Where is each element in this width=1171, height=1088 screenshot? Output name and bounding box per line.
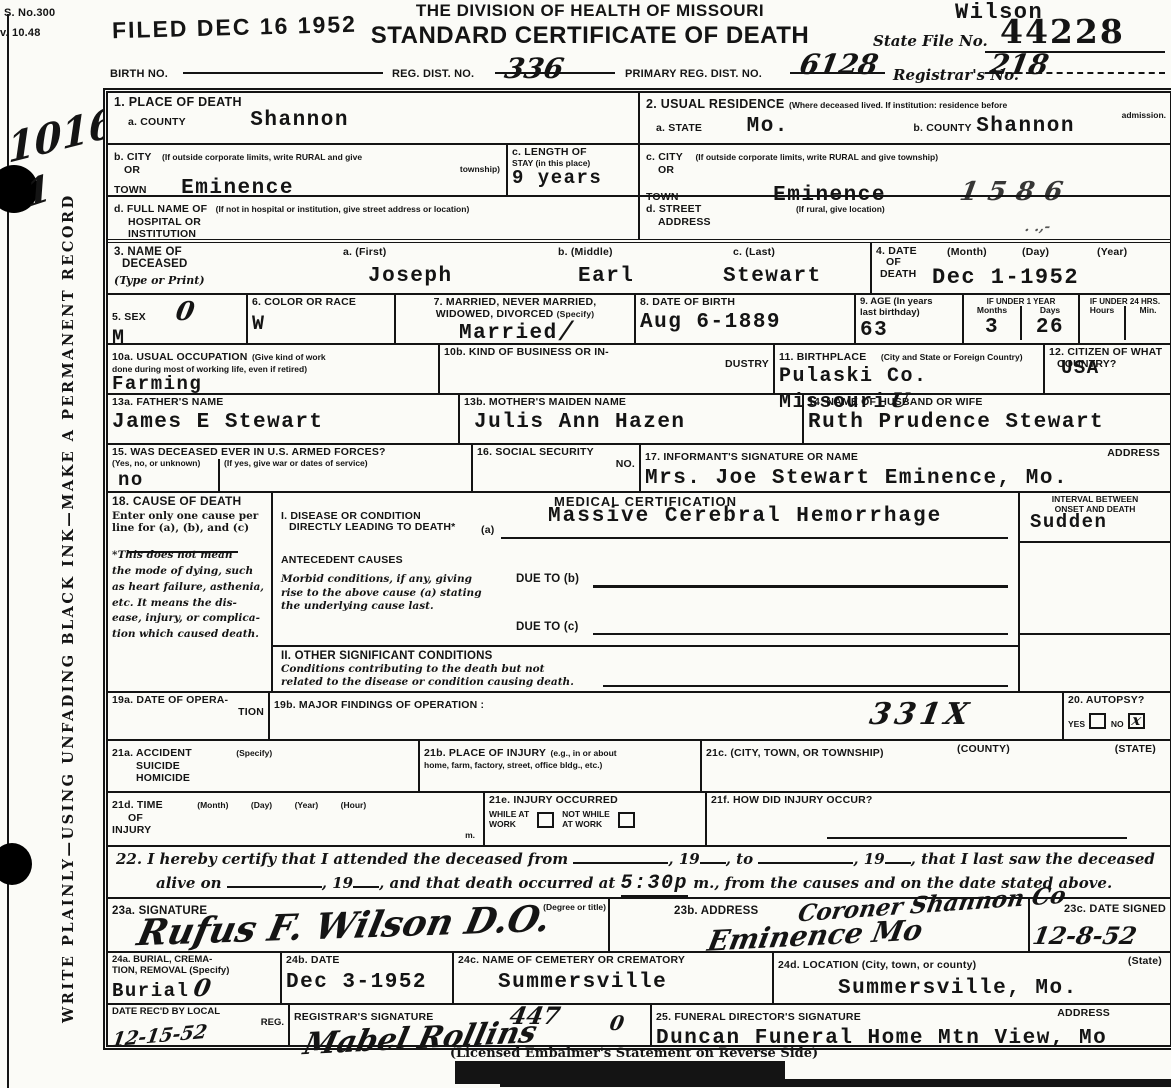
occupation-note: (Give kind of work [252,352,326,362]
county-value: Shannon [250,109,349,132]
time-injury-month: (Month) [197,800,228,810]
embalmer-note: (Licensed Embalmer's Statement on Revers… [103,1046,1165,1061]
informant-value: Mrs. Joe Stewart Eminence, Mo. [645,467,1166,490]
row-registrar: DATE REC'D BY LOCAL REG. 12-15-52 REGIST… [108,1003,1170,1045]
cause-note2b: the mode of dying, such [112,564,267,580]
cause-divider [128,551,238,553]
certify-blank2 [700,850,726,864]
father-label: 13a. FATHER'S NAME [112,397,454,409]
date-death-label3: DEATH [880,269,916,281]
dob-label: 8. DATE OF BIRTH [640,297,850,309]
disease-label2: DIRECTLY LEADING TO DEATH* [289,522,455,534]
accident-label2: SUICIDE [136,761,414,773]
form-code-2: v. 10.48 [0,27,41,39]
date-death-year-label: (Year) [1097,247,1127,259]
sex-handwritten-mark: 0 [174,297,197,327]
mother-label: 13b. MOTHER'S MAIDEN NAME [464,397,798,409]
sex-label: 5. SEX [112,311,146,323]
reg-dist-blank [495,60,615,74]
time-injury-hour: (Hour) [341,800,367,810]
certify-part4: , and that death occurred at [379,874,615,892]
usual-residence-note: (Where deceased lived. If institution: r… [789,100,1007,110]
age-value: 63 [860,319,958,342]
last-name-label: c. (Last) [733,247,775,259]
date-death-value: Dec 1-1952 [932,265,1079,290]
certificate-form: 1. PLACE OF DEATH a. COUNTY Shannon b. C… [103,88,1171,1050]
injury-occurred-label: 21e. INJURY OCCURRED [489,795,701,807]
not-while-label1: NOT WHILE [562,809,610,819]
certify-blank3 [758,850,853,864]
row-signature: 23a. SIGNATURE (Degree or title) 23b. AD… [108,897,1170,951]
funeral-address-label: ADDRESS [1057,1008,1110,1020]
how-injury-line [827,837,1127,839]
autopsy-yes-label: YES [1068,719,1085,729]
county-label: a. COUNTY [128,116,186,128]
residence-city-or: OR [658,165,1164,177]
time-injury-year: (Year) [295,800,319,810]
armed-forces-note2: (If yes, give war or dates of service) [220,459,471,469]
death-time-value: 5:30p [621,872,689,895]
section-usual-residence: 2. USUAL RESIDENCE (Where deceased lived… [638,93,1170,239]
name-deceased-label1: 3. NAME OF [114,246,182,259]
first-name-label: a. (First) [343,247,386,259]
margin-instruction-vertical: WRITE PLAINLY—USING UNFADING BLACK INK—M… [60,118,77,1023]
days-label: Days [1022,306,1078,316]
row-operation-autopsy: 19a. DATE OF OPERA- TION 19b. MAJOR FIND… [108,691,1170,739]
state-file-number-stamp: 44228 [1000,12,1125,51]
interval-line1 [1020,541,1170,543]
cemetery-label: 24c. NAME OF CEMETERY OR CREMATORY [458,955,768,967]
medical-certification-column: MEDICAL CERTIFICATION I. DISEASE OR COND… [271,493,1018,691]
date-signed-handwritten: 12-8-52 [1030,921,1139,950]
informant-address-label: ADDRESS [1107,448,1160,460]
death-certificate-scan: S. No.300 v. 10.48 1016 1 WRITE PLAINLY—… [0,0,1171,1088]
mother-value: Julis Ann Hazen [474,411,798,434]
morbid-note2: rise to the above cause (a) stating [281,587,511,601]
place-injury-note1: (e.g., in or about [551,748,617,758]
informant-label: 17. INFORMANT'S SIGNATURE OR NAME [645,451,858,463]
father-value: James E Stewart [112,411,454,434]
marital-value: Married [459,322,558,345]
row-parents-spouse: 13a. FATHER'S NAME James E Stewart 13b. … [108,393,1170,443]
street-label2: ADDRESS [658,217,1164,229]
due-to-c-label: DUE TO (c) [516,621,579,634]
dob-value: Aug 6-1889 [640,311,850,334]
certify-blank5 [227,874,322,888]
occupation-value: Farming [112,373,434,395]
cause-note2e: ease, injury, or complica- [112,611,267,627]
operation-date-label2: TION [112,707,264,719]
city-note: (If outside corporate limits, write RURA… [162,152,362,162]
last-name-value: Stewart [723,265,822,288]
injury-county-label: (COUNTY) [957,744,1010,756]
primary-reg-label: PRIMARY REG. DIST. NO. [625,68,762,80]
not-while-label2: AT WORK [562,819,602,829]
time-injury-m: m. [465,831,475,841]
certify-part3: alive on [156,874,222,892]
registrar-zero-handwritten: 0 [608,1011,626,1035]
operation-date-label1: 19a. DATE OF OPERA- [112,695,264,707]
due-to-c-line [593,633,1008,635]
interval-line2 [1020,633,1170,635]
middle-name-value: Earl [578,265,634,288]
hours-label: Hours [1080,306,1124,340]
cause-note2f: tion which caused death. [112,627,267,643]
row-medical-certification: 18. CAUSE OF DEATH Enter only one cause … [108,491,1170,691]
row-accident-1: 21a. ACCIDENT (Specify) SUICIDE HOMICIDE… [108,739,1170,791]
birthplace-label: 11. BIRTHPLACE [779,351,866,363]
agency-title: THE DIVISION OF HEALTH OF MISSOURI [280,1,900,21]
medcert-divider [273,645,1018,647]
name-deceased-label3: (Type or Print) [114,274,205,287]
cause-note2c: as heart failure, asthenia, [112,580,267,596]
residence-county-value: Shannon [976,115,1075,138]
first-name-value: Joseph [368,265,453,288]
burial-location-label: 24d. LOCATION (City, town, or county) [778,959,976,971]
primary-reg-blank [790,60,885,74]
disease-value: Massive Cerebral Hemorrhage [548,505,942,528]
business-label: 10b. KIND OF BUSINESS OR IN- [444,347,769,359]
other-conditions-label: II. OTHER SIGNIFICANT CONDITIONS [281,650,493,663]
antecedent-label: ANTECEDENT CAUSES [281,555,403,567]
color-race-label: 6. COLOR OR RACE [252,297,390,309]
row-place-residence: 1. PLACE OF DEATH a. COUNTY Shannon b. C… [108,93,1170,239]
length-stay-label: c. LENGTH OF [512,147,634,159]
hospital-label: d. FULL NAME OF [114,203,207,215]
residence-city-label: c. CITY [646,151,683,163]
row-burial: 24a. BURIAL, CREMA- TION, REMOVAL (Speci… [108,951,1170,1003]
burial-date-label: 24b. DATE [286,955,448,967]
accident-label3: HOMICIDE [136,773,414,785]
armed-forces-note1: (Yes, no, or unknown) [108,459,218,469]
spouse-label: 14. NAME OF HUSBAND OR WIFE [808,397,1166,409]
other-conditions-note1: Conditions contributing to the death but… [281,663,574,676]
morbid-note3: the underlying cause last. [281,600,511,614]
while-at-work-checkbox [537,812,554,828]
business-label2: DUSTRY [444,359,769,371]
certify-part1: 22. I hereby certify that I attended the… [116,850,568,868]
burial-location-value: Summersville, Mo. [838,977,1166,1000]
street-note: (If rural, give location) [796,204,885,214]
address-label: 23b. ADDRESS [674,905,758,917]
certify-19c: , 19 [322,874,353,892]
usual-residence-title: 2. USUAL RESIDENCE [646,97,785,111]
street-stray-mark: . .,- [1023,219,1051,235]
date-recd-label1: DATE REC'D BY LOCAL [112,1007,284,1018]
cause-note1a: Enter only one cause per [112,510,267,522]
marital-handwritten-mark: / [560,315,574,344]
reg-dist-label: REG. DIST. NO. [392,68,474,80]
place-of-death-title: 1. PLACE OF DEATH [114,95,632,109]
city-note2: township) [460,165,500,175]
cause-title: 18. CAUSE OF DEATH [112,495,267,508]
date-death-day-label: (Day) [1022,247,1049,259]
birth-no-blank [183,60,383,74]
residence-state-value: Mo. [747,115,789,138]
residence-city-note: (If outside corporate limits, write RURA… [695,152,938,162]
morbid-note1: Morbid conditions, if any, giving [281,573,511,587]
form-code-1: S. No.300 [4,7,55,19]
injury-state-label: (STATE) [1115,744,1156,756]
certify-blank1 [573,850,668,864]
burial-date-value: Dec 3-1952 [286,971,448,994]
birth-no-label: BIRTH NO. [110,68,168,80]
row-sex-age: 5. SEX 0 M 6. COLOR OR RACE W 7. MARRIED… [108,293,1170,343]
occupation-label: 10a. USUAL OCCUPATION [112,351,247,363]
street-label: d. STREET [646,203,701,215]
city-town: TOWN [114,184,147,196]
section-place-of-death: 1. PLACE OF DEATH a. COUNTY Shannon b. C… [108,93,638,239]
time-injury-label3: INJURY [112,825,479,837]
autopsy-no-mark: x [1131,711,1143,729]
findings-handwritten: 331X [867,697,975,732]
certify-to: , to [726,850,753,868]
funeral-director-label: 25. FUNERAL DIRECTOR'S SIGNATURE [656,1011,861,1023]
age-label2: last birthday) [860,308,958,319]
autopsy-no-checkbox: x [1128,713,1145,729]
accident-label1: 21a. ACCIDENT [112,747,192,759]
armed-forces-label: 15. WAS DECEASED EVER IN U.S. ARMED FORC… [108,445,471,459]
row-accident-2: 21d. TIME (Month) (Day) (Year) (Hour) OF… [108,791,1170,845]
certify-19b: , 19 [853,850,884,868]
name-deceased-label2: DECEASED [122,258,188,271]
residence-state-label: a. STATE [656,122,702,134]
hospital-note: (If not in hospital or institution, give… [216,204,470,214]
due-to-b-line [593,585,1008,588]
row-name-deceased: 3. NAME OF DECEASED (Type or Print) a. (… [108,239,1170,293]
injury-city-label: 21c. (CITY, TOWN, OR TOWNSHIP) [706,747,884,759]
cause-of-death-column: 18. CAUSE OF DEATH Enter only one cause … [108,493,271,691]
state-file-label: State File No. [873,32,988,50]
city-label: b. CITY [114,151,152,163]
certificate-title: STANDARD CERTIFICATE OF DEATH [280,22,900,50]
accident-specify: (Specify) [236,748,272,758]
hole-punch-bottom [0,843,32,885]
burial-handwritten-mark: 0 [191,973,213,1002]
armed-forces-value: no [108,469,218,491]
cause-note2d: etc. It means the dis- [112,596,267,612]
time-injury-label1: 21d. TIME [112,799,163,811]
how-injury-label: 21f. HOW DID INJURY OCCUR? [711,795,1166,807]
autopsy-yes-checkbox [1089,713,1106,729]
months-value: 3 [964,316,1020,339]
row-forces-informant: 15. WAS DECEASED EVER IN U.S. ARMED FORC… [108,443,1170,491]
color-race-value: W [252,313,390,336]
date-signed-label: 23c. DATE SIGNED [1064,903,1166,915]
ssn-label1: 16. SOCIAL SECURITY [477,447,635,459]
ssn-label2: NO. [477,459,635,471]
spouse-value: Ruth Prudence Stewart [808,411,1166,434]
other-conditions-note2: related to the disease or condition caus… [281,676,574,689]
cemetery-value: Summersville [498,971,768,994]
months-label: Months [964,306,1020,316]
city-or: OR [124,165,500,177]
while-at-work-label2: WORK [489,819,516,829]
time-injury-label2: OF [128,813,479,825]
certify-19a: , 19 [668,850,699,868]
min-label: Min. [1124,306,1170,340]
major-findings-label: 19b. MAJOR FINDINGS OF OPERATION : [274,699,484,711]
birthplace-note: (City and State or Foreign Country) [881,352,1023,362]
date-death-label2: OF [886,257,901,269]
not-while-checkbox [618,812,635,828]
scan-black-bar-2 [500,1079,1171,1087]
place-injury-note2: home, farm, factory, street, office bldg… [424,761,696,771]
burial-value: Burial [112,980,189,1002]
interval-label1: INTERVAL BETWEEN [1020,493,1170,505]
due-to-b-label: DUE TO (b) [516,573,579,586]
row-occupation: 10a. USUAL OCCUPATION (Give kind of work… [108,343,1170,393]
certify-blank4 [885,850,911,864]
margin-tick-handwritten: 1 [24,166,52,216]
usual-residence-note2: admission. [1122,111,1166,121]
autopsy-no-label: NO [1111,719,1124,729]
autopsy-label: 20. AUTOPSY? [1068,695,1166,707]
disease-underline [501,537,1008,539]
interval-column: INTERVAL BETWEEN ONSET AND DEATH Sudden [1018,493,1170,691]
middle-name-label: b. (Middle) [558,247,613,259]
place-injury-label: 21b. PLACE OF INJURY [424,747,546,759]
cause-note1b: line for (a), (b), and (c) [112,522,267,534]
while-at-work-label1: WHILE AT [489,809,529,819]
registrars-no-blank [985,60,1165,74]
length-stay-value: 9 years [512,167,634,189]
disease-a: (a) [481,525,494,537]
hospital-label2: HOSPITAL OR [128,217,632,229]
other-conditions-line [603,685,1008,687]
time-injury-day: (Day) [251,800,272,810]
certify-blank6 [353,874,379,888]
interval-value: Sudden [1030,511,1170,533]
burial-location-state-label: (State) [1128,956,1162,968]
days-value: 26 [1022,316,1078,339]
residence-county-label: b. COUNTY [913,122,971,134]
date-death-month-label: (Month) [947,247,987,259]
certify-part2: , that I last saw the deceased [911,850,1155,868]
